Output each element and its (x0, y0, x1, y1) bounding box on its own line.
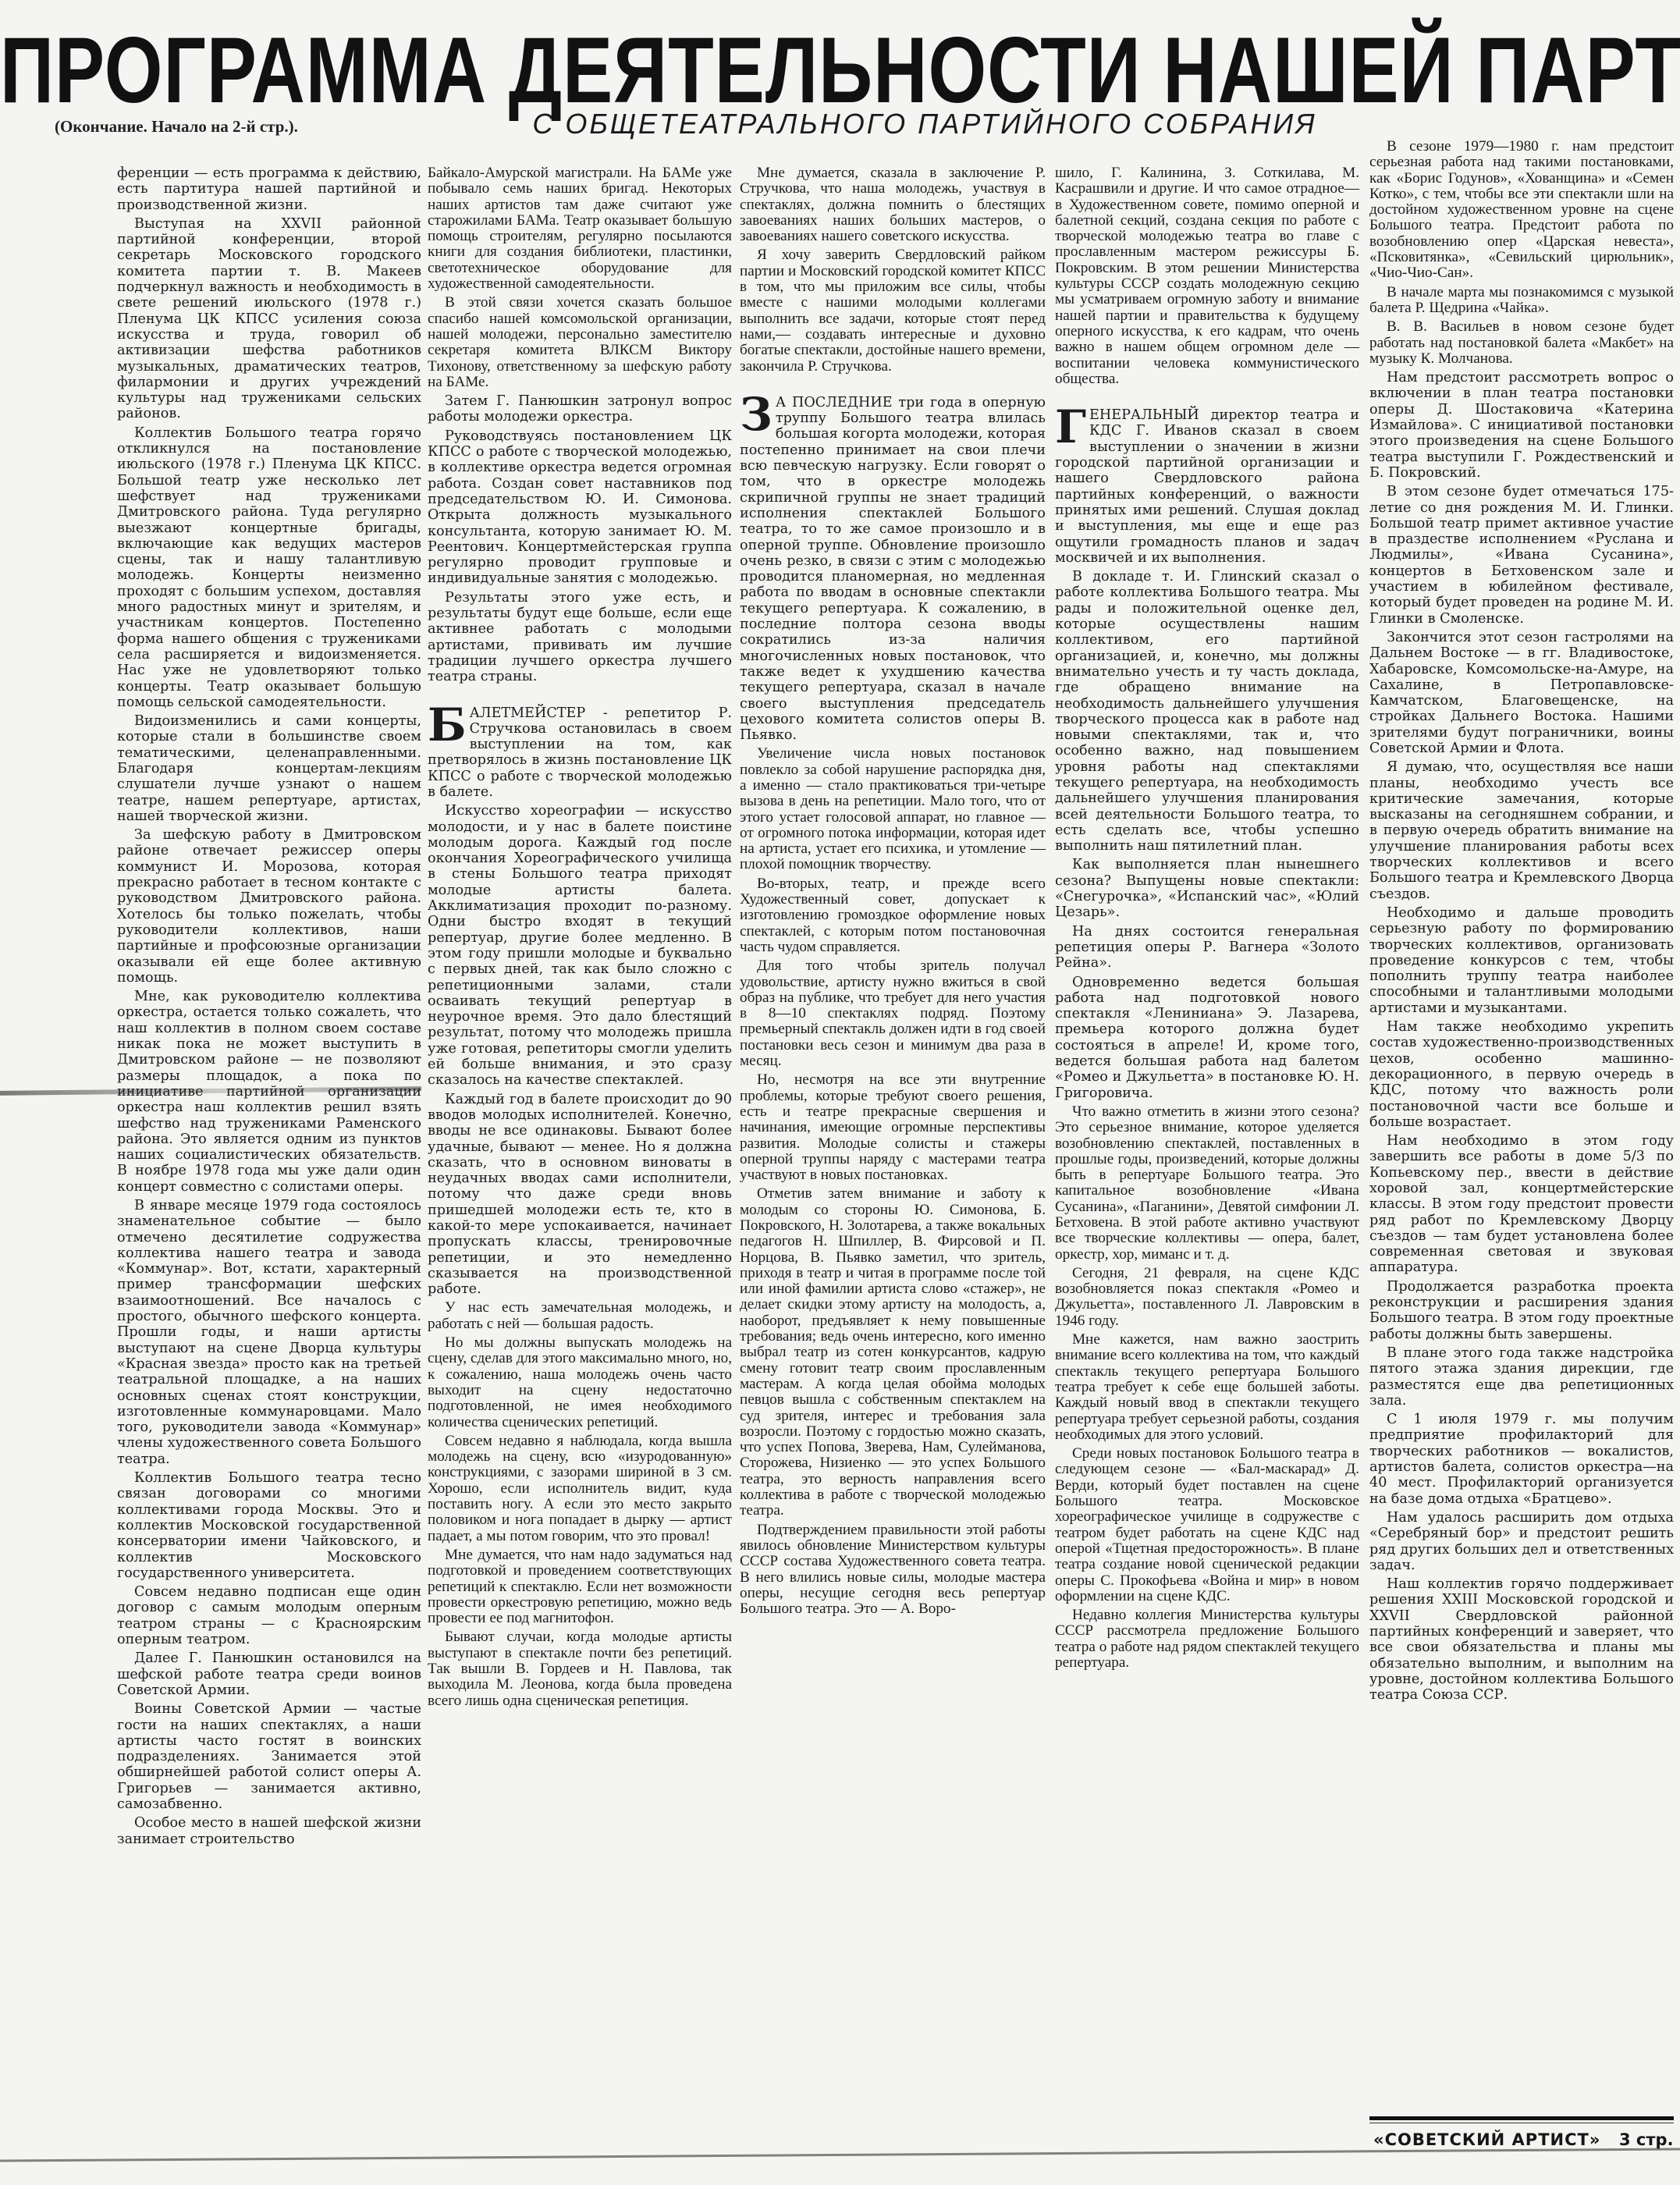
paragraph: Нам удалось расширить дом отдыха «Серебр… (1369, 1510, 1674, 1573)
paragraph: Бывают случаи, когда молодые артисты выс… (428, 1629, 732, 1708)
paragraph: Среди новых постановок Большого театра в… (1055, 1446, 1359, 1604)
paragraph: ференции — есть программа к действию, ес… (117, 165, 421, 213)
paragraph: Как выполняется план нынешнего сезона? В… (1055, 857, 1359, 920)
paragraph: Продолжается разработка проекта реконстр… (1369, 1279, 1674, 1342)
paragraph: Мне думается, что нам надо задуматься на… (428, 1547, 732, 1626)
paragraph: В сезоне 1979—1980 г. нам предстоит серь… (1369, 139, 1674, 282)
paragraph: Видоизменились и сами концерты, которые … (117, 713, 421, 824)
paragraph: В начале марта мы познакомимся с музыкой… (1369, 285, 1674, 317)
paragraph: Каждый год в балете происходит до 90 вво… (428, 1092, 732, 1298)
paragraph: шило, Г. Калинина, З. Соткилава, М. Каср… (1055, 165, 1359, 387)
paragraph: Мне думается, сказала в заключение Р. Ст… (740, 165, 1046, 244)
paragraph: Байкало-Амурской магистрали. На БАМе уже… (428, 165, 732, 292)
section-lead-opera: ЗА ПОСЛЕДНИЕ три года в оперную труппу Б… (740, 395, 1046, 744)
paragraph: В плане этого года также надстройка пято… (1369, 1345, 1674, 1409)
paragraph: Но мы должны выпускать молодежь на сцену… (428, 1335, 732, 1430)
paragraph: За шефскую работу в Дмитровском районе о… (117, 827, 421, 986)
paragraph: Нам также необходимо укрепить состав худ… (1369, 1019, 1674, 1130)
paragraph: Недавно коллегия Министерства культуры С… (1055, 1608, 1359, 1671)
column-5: В сезоне 1979—1980 г. нам предстоит серь… (1369, 139, 1674, 2113)
paragraph: Нам необходимо в этом году завершить все… (1369, 1133, 1674, 1276)
paragraph: Далее Г. Панюшкин остановился на шефской… (117, 1650, 421, 1698)
paragraph: Подтверждением правильности этой работы … (740, 1522, 1046, 1618)
paragraph: С 1 июля 1979 г. мы получим предприятие … (1369, 1412, 1674, 1507)
paragraph: Я думаю, что, осуществляя все наши планы… (1369, 759, 1674, 902)
paragraph: Коллектив Большого театра тесно связан д… (117, 1470, 421, 1581)
paragraph: Сегодня, 21 февраля, на сцене КДС возобн… (1055, 1266, 1359, 1329)
paragraph: Что важно отметить в жизни этого сезона?… (1055, 1104, 1359, 1263)
paragraph: Я хочу заверить Свердловский райком парт… (740, 247, 1046, 374)
paragraph: Наш коллектив горячо поддерживает решени… (1369, 1576, 1674, 1703)
paragraph: Выступая на XXVII районной партийной кон… (117, 216, 421, 422)
paragraph: Необходимо и дальше проводить серьезную … (1369, 905, 1674, 1016)
paragraph: Особое место в нашей шефской жизни заним… (117, 1815, 421, 1847)
paragraph: В докладе т. И. Глинский сказал о работе… (1055, 569, 1359, 854)
column-1: ференции — есть программа к действию, ес… (117, 165, 421, 2163)
lead-text: директор театра и КДС Г. Иванов сказал в… (1055, 407, 1359, 566)
column-4: шило, Г. Калинина, З. Соткилава, М. Каср… (1055, 165, 1359, 2163)
paragraph: В этой связи хочется сказать большое спа… (428, 295, 732, 390)
paragraph: Отметив затем внимание и заботу к молоды… (740, 1186, 1046, 1519)
newspaper-page: ПРОГРАММА ДЕЯТЕЛЬНОСТИ НАШЕЙ ПАРТИЙНОЙ О… (0, 0, 1680, 2185)
continuation-note: (Окончание. Начало на 2-й стр.). (55, 117, 298, 137)
paragraph: У нас есть замечательная молодежь, и раб… (428, 1300, 732, 1332)
paragraph: На днях состоится генеральная репетиция … (1055, 924, 1359, 972)
paragraph: Искусство хореографии — искусство молодо… (428, 803, 732, 1088)
drop-cap: Г (1055, 410, 1086, 444)
section-subheadline: С ОБЩЕТЕАТРАЛЬНОГО ПАРТИЙНОГО СОБРАНИЯ (476, 108, 1373, 140)
column-2: Байкало-Амурской магистрали. На БАМе уже… (428, 165, 732, 2163)
section-lead-director: ГЕНЕРАЛЬНЫЙ директор театра и КДС Г. Ива… (1055, 407, 1359, 566)
publication-name: «СОВЕТСКИЙ АРТИСТ» (1373, 2130, 1600, 2149)
paragraph: В. В. Васильев в новом сезоне будет рабо… (1369, 319, 1674, 367)
lead-word: АЛЕТМЕЙСТЕР (470, 705, 586, 721)
paragraph: Нам предстоит рассмотреть вопрос о включ… (1369, 370, 1674, 481)
paragraph: Закончится этот сезон гастролями на Даль… (1369, 630, 1674, 756)
paragraph: Но, несмотря на все эти внутренние пробл… (740, 1072, 1046, 1183)
paragraph: Руководствуясь постановлением ЦК КПСС о … (428, 428, 732, 587)
drop-cap: З (740, 397, 773, 432)
paragraph: Затем Г. Панюшкин затронул вопрос работы… (428, 393, 732, 425)
paragraph: Для того чтобы зритель получал удовольст… (740, 958, 1046, 1069)
section-lead-balletmaster: БАЛЕТМЕЙСТЕР - репетитор Р. Стручкова ос… (428, 705, 732, 801)
paragraph: В январе месяце 1979 года состоялось зна… (117, 1198, 421, 1467)
footer-rule-thin (1369, 2123, 1674, 2123)
paragraph: Мне кажется, нам важно заострить внимани… (1055, 1332, 1359, 1443)
paragraph: Одновременно ведется большая работа над … (1055, 975, 1359, 1101)
paragraph: Результаты этого уже есть, и результаты … (428, 590, 732, 685)
paragraph: Совсем недавно я наблюдала, когда вышла … (428, 1434, 732, 1544)
footer-rule (1369, 2116, 1674, 2120)
paragraph: Коллектив Большого театра горячо откликн… (117, 425, 421, 710)
lead-text: три года в оперную труппу Большого театр… (740, 395, 1046, 743)
paragraph: Во-вторых, театр, и прежде всего Художес… (740, 876, 1046, 955)
drop-cap: Б (428, 708, 467, 742)
paragraph: В этом сезоне будет отмечаться 175-летие… (1369, 484, 1674, 627)
column-3: Мне думается, сказала в заключение Р. Ст… (740, 165, 1046, 2163)
page-number: 3 стр. (1619, 2130, 1674, 2149)
paragraph: Увеличение числа новых постановок повлек… (740, 746, 1046, 872)
lead-word: ЕНЕРАЛЬНЫЙ (1089, 407, 1199, 423)
paragraph: Воины Советской Армии — частые гости на … (117, 1701, 421, 1812)
lead-word: А ПОСЛЕДНИЕ (776, 395, 893, 410)
paragraph: Совсем недавно подписан еще один договор… (117, 1584, 421, 1647)
